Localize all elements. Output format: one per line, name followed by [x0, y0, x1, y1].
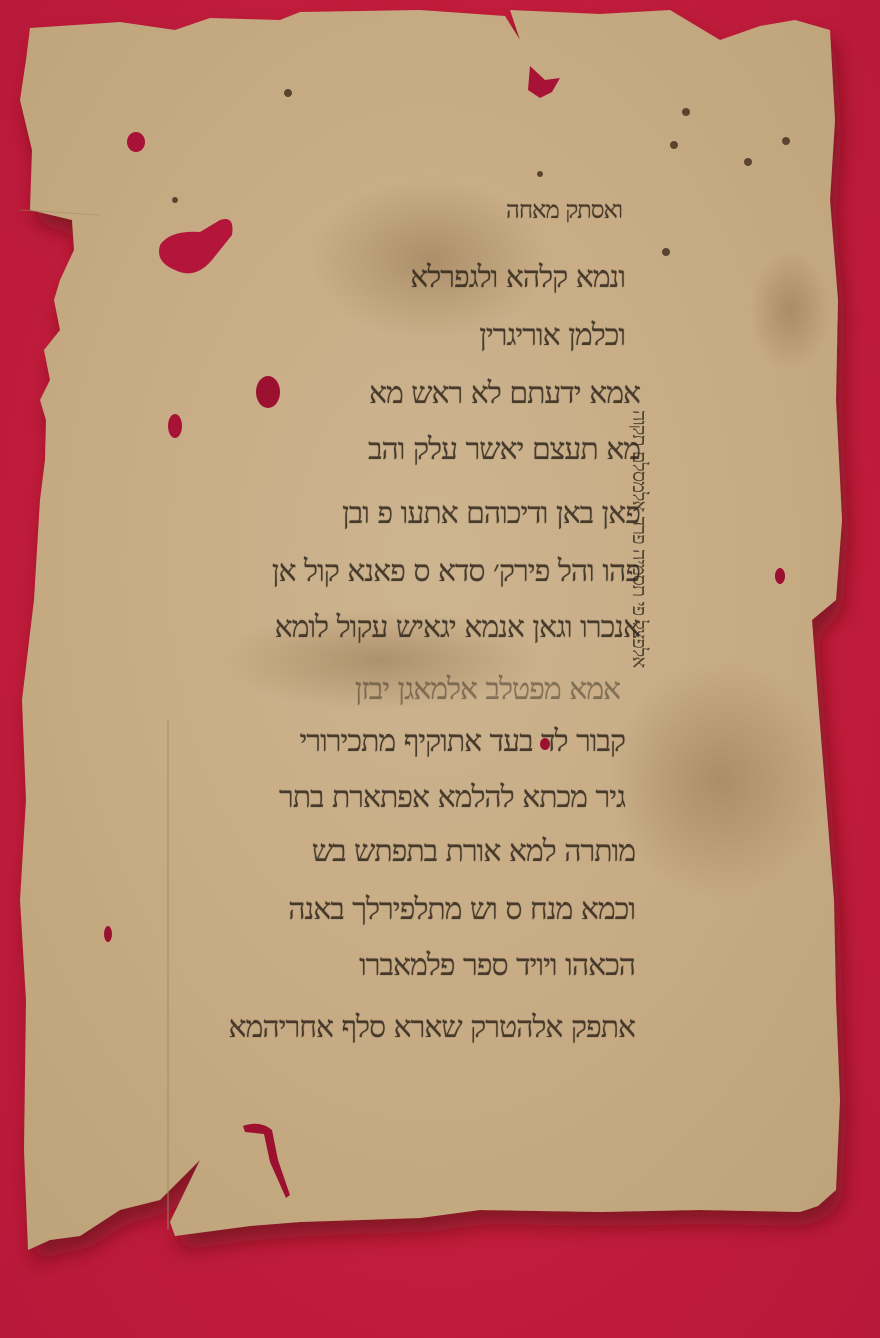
manuscript-line-11: גיר מכתא להלמא אפתארת בתר — [279, 780, 625, 815]
manuscript-line-14: הכאהו ויויד ספר פלמאברו — [359, 948, 635, 983]
manuscript-line-10: קבור לד בעד אתוקיף מתכירורי — [300, 724, 625, 759]
manuscript-line-3: וכלמן אוריגרין — [479, 318, 625, 353]
margin-note: אלפצל פי תסמיה פרד אלמסלם תקוה — [628, 410, 652, 667]
manuscript-line-15: אתפק אלהטרק שארא סלף אחריהמא — [229, 1010, 635, 1045]
manuscript-fragment: ואסתק מאחה ונמא קלהא ולגפרלא וכלמן אוריג… — [0, 0, 880, 1338]
manuscript-line-4: אמא ידעתם לא ראש מא — [369, 376, 640, 411]
manuscript-line-9: אמא מפטלב אלמאגן יבזן — [355, 672, 620, 707]
manuscript-line-2: ונמא קלהא ולגפרלא — [410, 260, 625, 295]
manuscript-line-13: וכמא מנח ס וש מתלפירלך באנה — [288, 892, 635, 927]
parchment-shape — [0, 0, 880, 1338]
manuscript-line-6: פאן באן ודיכוהם אתעו פ ובן — [342, 496, 640, 531]
manuscript-line-7: פהו והל פירק׳ סדא ס פאנא קול אן — [272, 554, 640, 589]
manuscript-line-1: ואסתק מאחה — [506, 196, 622, 225]
manuscript-line-12: מותרה למא אורת בתפתש בש — [312, 834, 635, 869]
manuscript-line-5: מא תעצם יאשר עלק והב — [368, 432, 640, 467]
manuscript-line-8: אנכרו וגאן אנמא יגאיש עקול לומא — [275, 610, 640, 645]
